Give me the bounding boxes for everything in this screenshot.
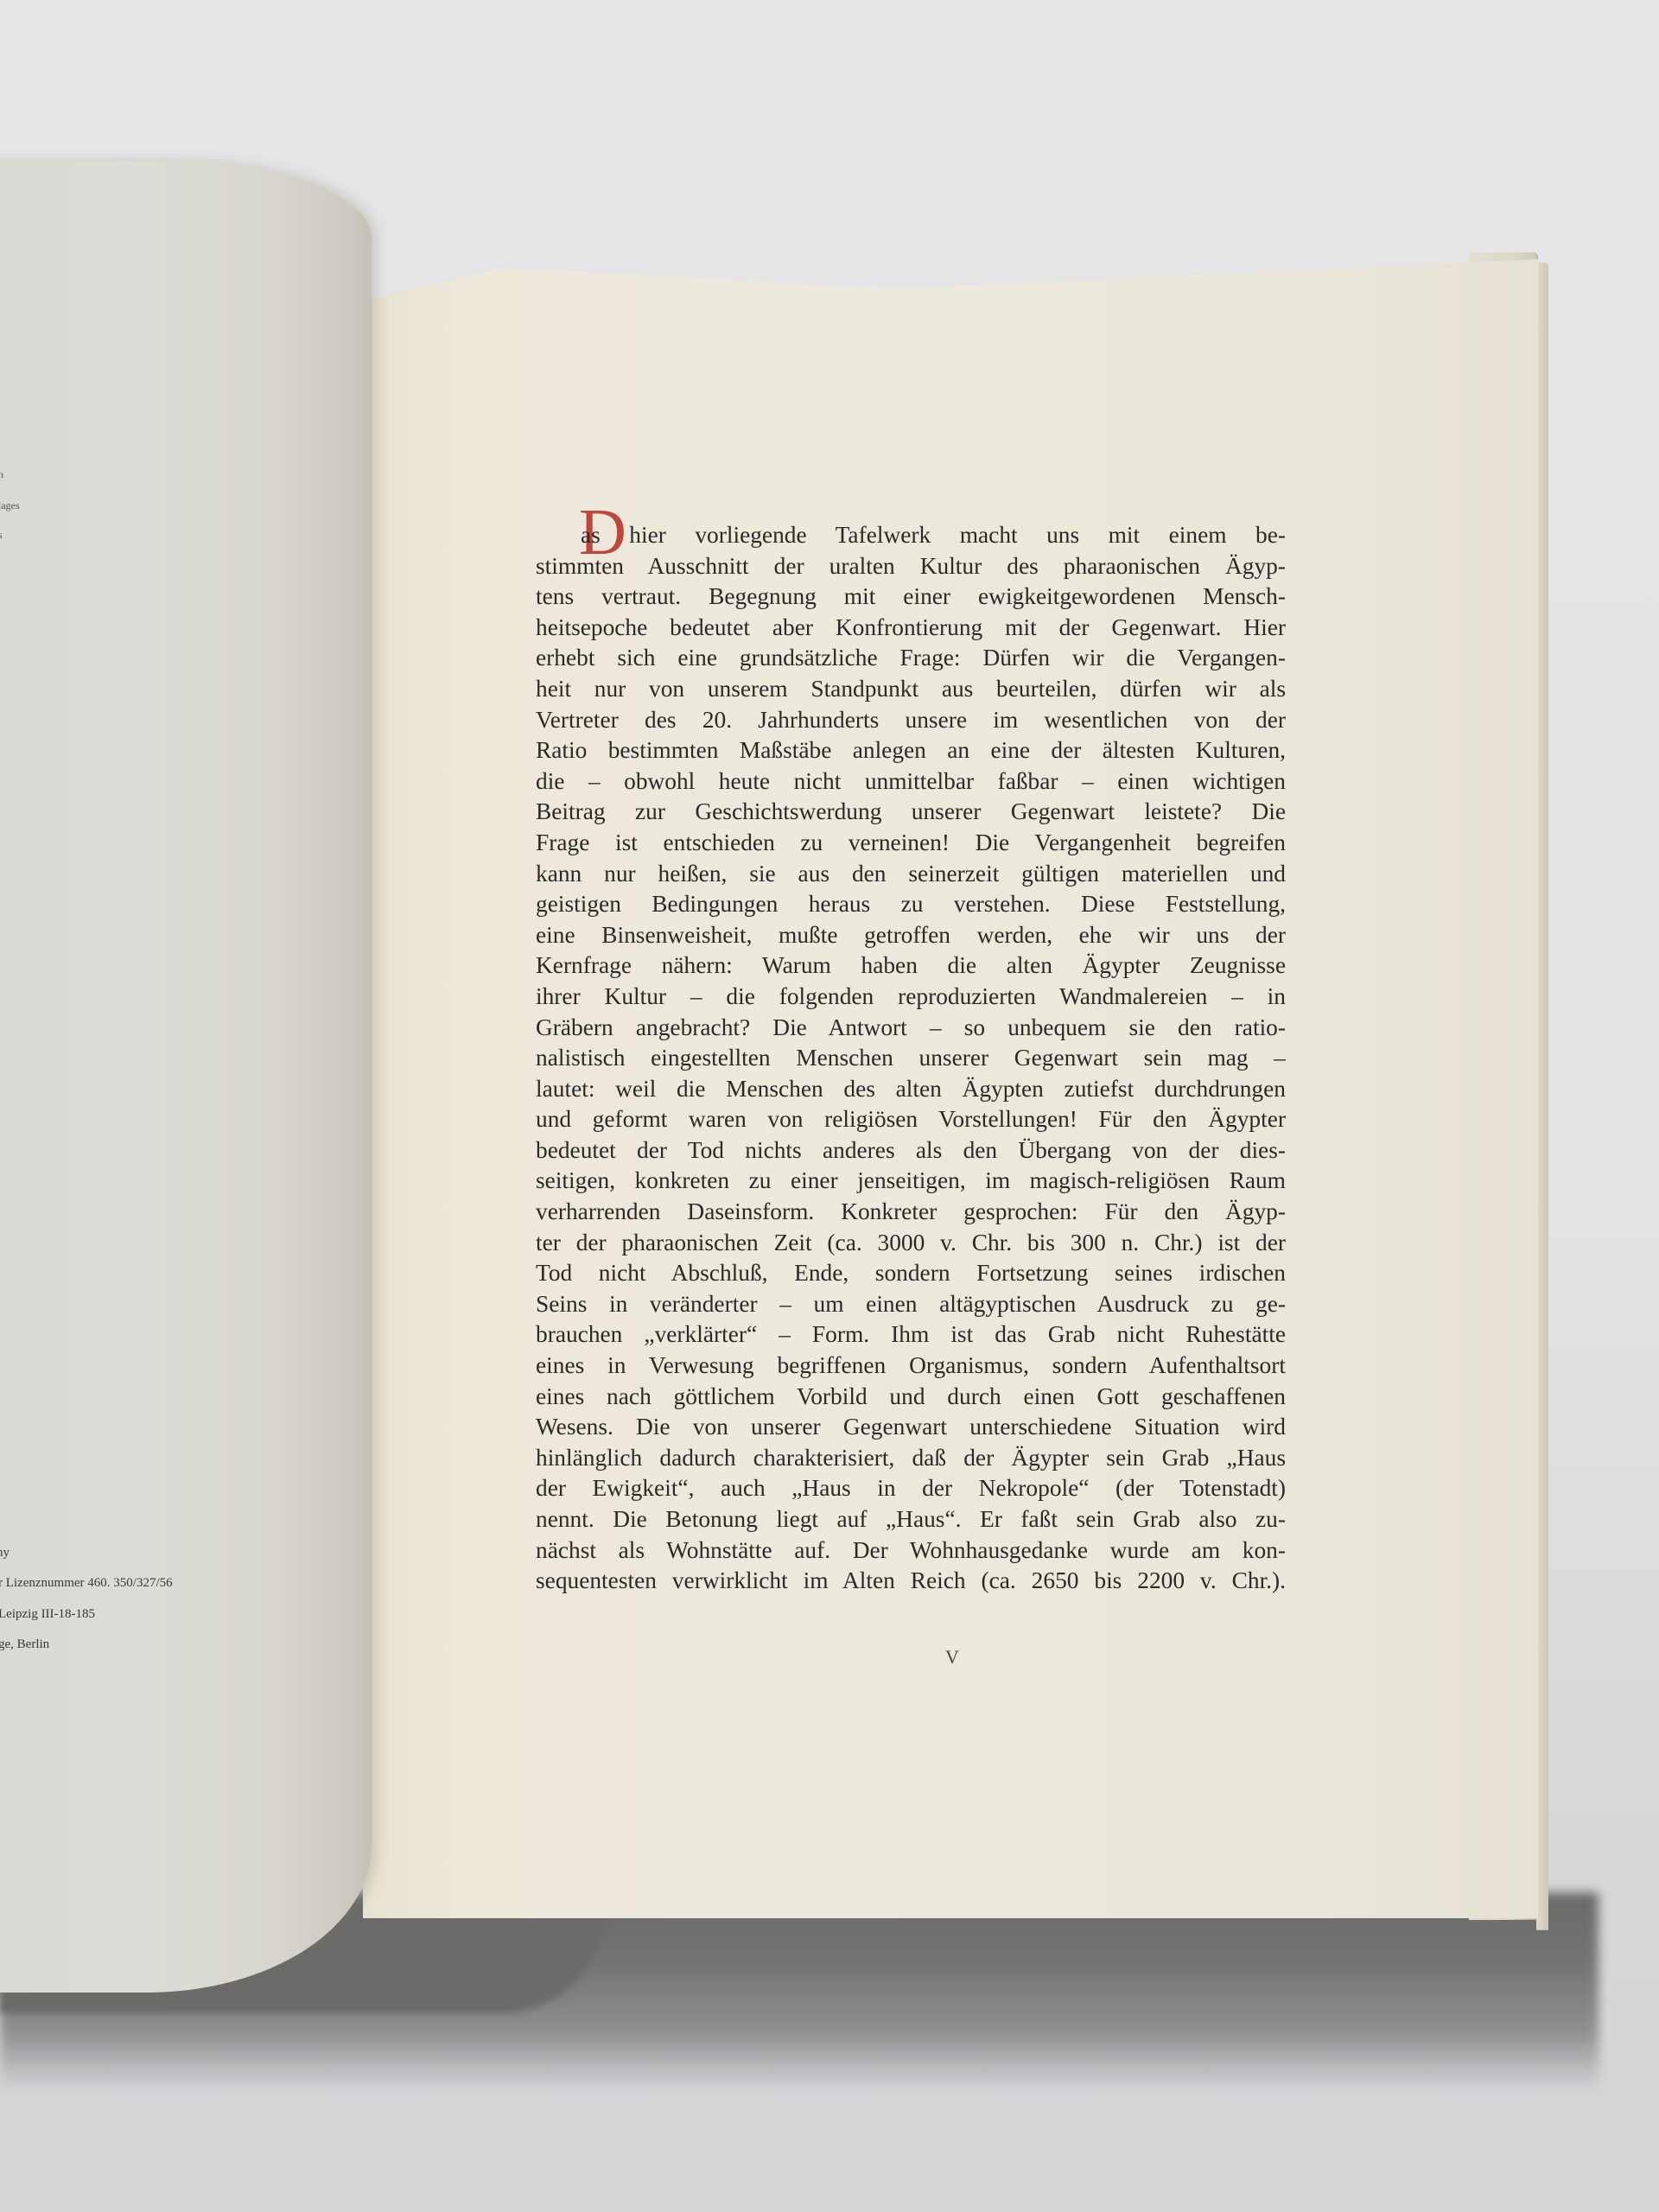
- text-line: heitsepoche bedeutet aber Konfrontierung…: [536, 613, 1286, 644]
- text-line: kann nur heißen, sie aus den seinerzeit …: [536, 859, 1286, 890]
- imprint-line: r Lizenznummer 460. 350/327/56: [0, 1576, 173, 1591]
- page-number: V: [945, 1646, 959, 1669]
- left-page-curled: n lages s ny r Lizenznummer 460. 350/327…: [0, 161, 372, 1993]
- text-line: und geformt waren von religiösen Vorstel…: [536, 1104, 1286, 1135]
- text-line: seitigen, konkreten zu einer jenseitigen…: [536, 1166, 1286, 1197]
- text-line: Tod nicht Abschluß, Ende, sondern Fortse…: [536, 1258, 1286, 1289]
- text-line: hinlänglich dadurch charakterisiert, daß…: [536, 1443, 1286, 1474]
- imprint-line: ge, Berlin: [0, 1637, 49, 1652]
- imprint-line: ny: [0, 1546, 10, 1560]
- left-margin-fragment: n: [0, 468, 3, 481]
- text-line: eines in Verwesung begriffenen Organismu…: [536, 1351, 1286, 1382]
- text-line: Beitrag zur Geschichtswerdung unserer Ge…: [536, 797, 1286, 828]
- text-line: geistigen Bedingungen heraus zu verstehe…: [536, 889, 1286, 920]
- text-line-first: as hier vorliegende Tafelwerk macht uns …: [536, 520, 1286, 551]
- body-text: as hier vorliegende Tafelwerk macht uns …: [536, 520, 1286, 1597]
- text-line: bedeutet der Tod nichts anderes als den …: [536, 1135, 1286, 1166]
- text-line: erhebt sich eine grundsätzliche Frage: D…: [536, 643, 1286, 674]
- imprint-line: Leipzig III-18-185: [0, 1607, 95, 1622]
- text-line: heit nur von unserem Standpunkt aus beur…: [536, 674, 1286, 705]
- text-line: Gräbern angebracht? Die Antwort – so unb…: [536, 1013, 1286, 1044]
- text-line-last: sequentesten verwirklicht im Alten Reich…: [536, 1566, 1286, 1597]
- text-line: lautet: weil die Menschen des alten Ägyp…: [536, 1074, 1286, 1105]
- text-line: verharrenden Daseinsform. Konkreter gesp…: [536, 1197, 1286, 1228]
- text-line: brauchen „verklärter“ – Form. Ihm ist da…: [536, 1319, 1286, 1351]
- text-line: eine Binsenweisheit, mußte getroffen wer…: [536, 920, 1286, 951]
- text-line: Frage ist entschieden zu verneinen! Die …: [536, 828, 1286, 859]
- text-line: eines nach göttlichem Vorbild und durch …: [536, 1382, 1286, 1413]
- text-line: ihrer Kultur – die folgenden reproduzier…: [536, 982, 1286, 1013]
- text-line: stimmten Ausschnitt der uralten Kultur d…: [536, 551, 1286, 582]
- text-line: Wesens. Die von unserer Gegenwart unters…: [536, 1412, 1286, 1443]
- text-line: nennt. Die Betonung liegt auf „Haus“. Er…: [536, 1504, 1286, 1535]
- text-line: nalistisch eingestellten Menschen unsere…: [536, 1043, 1286, 1074]
- left-margin-fragment: lages: [0, 499, 20, 512]
- text-line: der Ewigkeit“, auch „Haus in der Nekropo…: [536, 1473, 1286, 1504]
- text-line: nächst als Wohnstätte auf. Der Wohnhausg…: [536, 1535, 1286, 1567]
- text-line: Ratio bestimmten Maßstäbe anlegen an ein…: [536, 735, 1286, 766]
- text-line: ter der pharaonischen Zeit (ca. 3000 v. …: [536, 1228, 1286, 1259]
- text-line: Kernfrage nähern: Warum haben die alten …: [536, 950, 1286, 982]
- text-line: die – obwohl heute nicht unmittelbar faß…: [536, 766, 1286, 798]
- text-line: Seins in veränderter – um einen altägypt…: [536, 1289, 1286, 1320]
- text-line: tens vertraut. Begegnung mit einer ewigk…: [536, 582, 1286, 613]
- left-margin-fragment: s: [0, 529, 3, 542]
- text-line: Vertreter des 20. Jahrhunderts unsere im…: [536, 705, 1286, 736]
